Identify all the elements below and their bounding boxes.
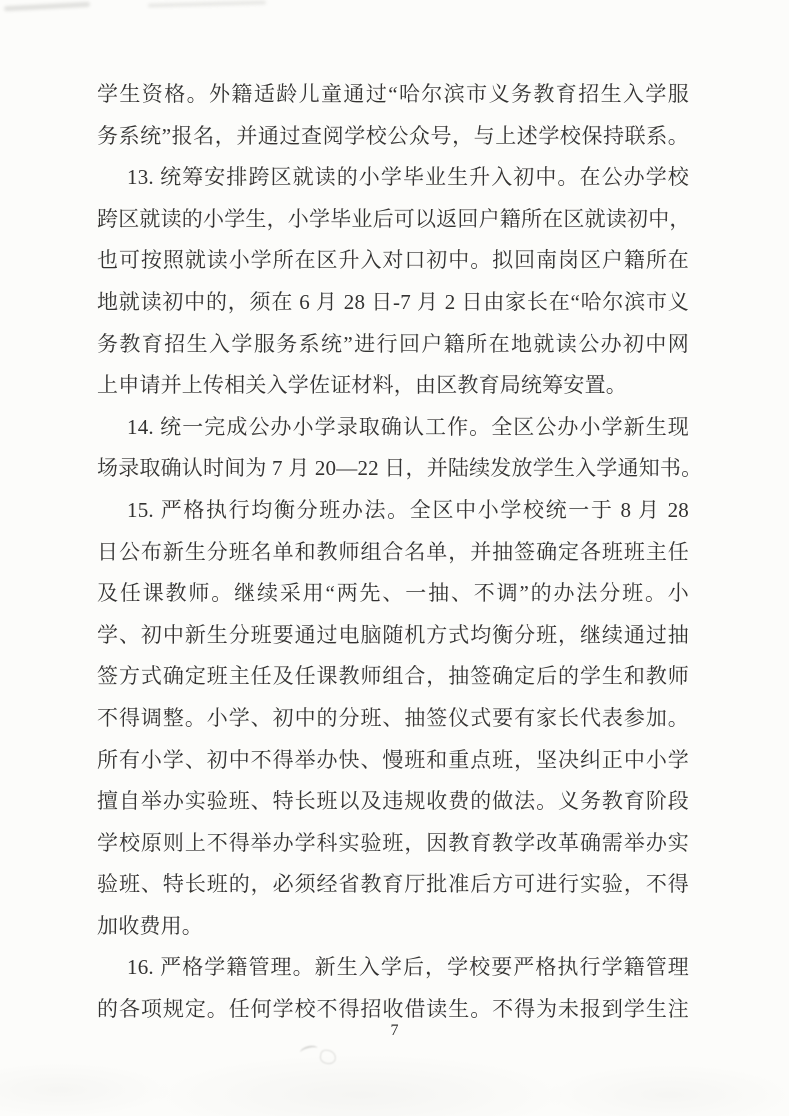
text-line: 地就读初中的，须在 6 月 28 日-7 月 2 日由家长在“哈尔滨市义 xyxy=(97,282,689,324)
text-line: 验班、特长班的，必须经省教育厅批准后方可进行实验，不得 xyxy=(97,864,689,906)
scanned-document-page: 学生资格。外籍适龄儿童通过“哈尔滨市义务教育招生入学服务系统”报名，并通过查阅学… xyxy=(0,0,789,1116)
text-line: 15. 严格执行均衡分班办法。全区中小学校统一于 8 月 28 xyxy=(97,490,689,532)
document-body: 学生资格。外籍适龄儿童通过“哈尔滨市义务教育招生入学服务系统”报名，并通过查阅学… xyxy=(97,74,689,1031)
text-line: 14. 统一完成公办小学录取确认工作。全区公办小学新生现 xyxy=(97,407,689,449)
page-number: 7 xyxy=(0,1022,789,1040)
pencil-smudge xyxy=(299,1044,319,1057)
text-line: 不得调整。小学、初中的分班、抽签仪式要有家长代表参加。 xyxy=(97,698,689,740)
text-line: 日公布新生分班名单和教师组合名单，并抽签确定各班班主任 xyxy=(97,532,689,574)
text-line: 擅自举办实验班、特长班以及违规收费的做法。义务教育阶段 xyxy=(97,781,689,823)
scan-streak-top-center xyxy=(148,0,266,7)
text-line: 及任课教师。继续采用“两先、一抽、不调”的办法分班。小 xyxy=(97,573,689,615)
text-line: 学校原则上不得举办学科实验班，因教育教学改革确需举办实 xyxy=(97,823,689,865)
text-line: 务教育招生入学服务系统”进行回户籍所在地就读公办初中网 xyxy=(97,324,689,366)
text-line: 16. 严格学籍管理。新生入学后，学校要严格执行学籍管理 xyxy=(97,947,689,989)
text-line: 学生资格。外籍适龄儿童通过“哈尔滨市义务教育招生入学服 xyxy=(97,74,689,116)
text-line: 学、初中新生分班要通过电脑随机方式均衡分班，继续通过抽 xyxy=(97,615,689,657)
text-line: 加收费用。 xyxy=(97,906,689,948)
text-line: 场录取确认时间为 7 月 20—22 日，并陆续发放学生入学通知书。 xyxy=(97,448,689,490)
text-line: 所有小学、初中不得举办快、慢班和重点班，坚决纠正中小学 xyxy=(97,740,689,782)
text-line: 跨区就读的小学生，小学毕业后可以返回户籍所在区就读初中， xyxy=(97,199,689,241)
scan-streak-top-left xyxy=(4,2,90,11)
text-line: 务系统”报名，并通过查阅学校公众号，与上述学校保持联系。 xyxy=(97,116,689,158)
text-line: 13. 统筹安排跨区就读的小学毕业生升入初中。在公办学校 xyxy=(97,157,689,199)
text-line: 上申请并上传相关入学佐证材料，由区教育局统筹安置。 xyxy=(97,365,689,407)
text-line: 签方式确定班主任及任课教师组合，抽签确定后的学生和教师 xyxy=(97,656,689,698)
text-line: 也可按照就读小学所在区升入对口初中。拟回南岗区户籍所在 xyxy=(97,240,689,282)
pencil-smudge xyxy=(319,1049,337,1066)
